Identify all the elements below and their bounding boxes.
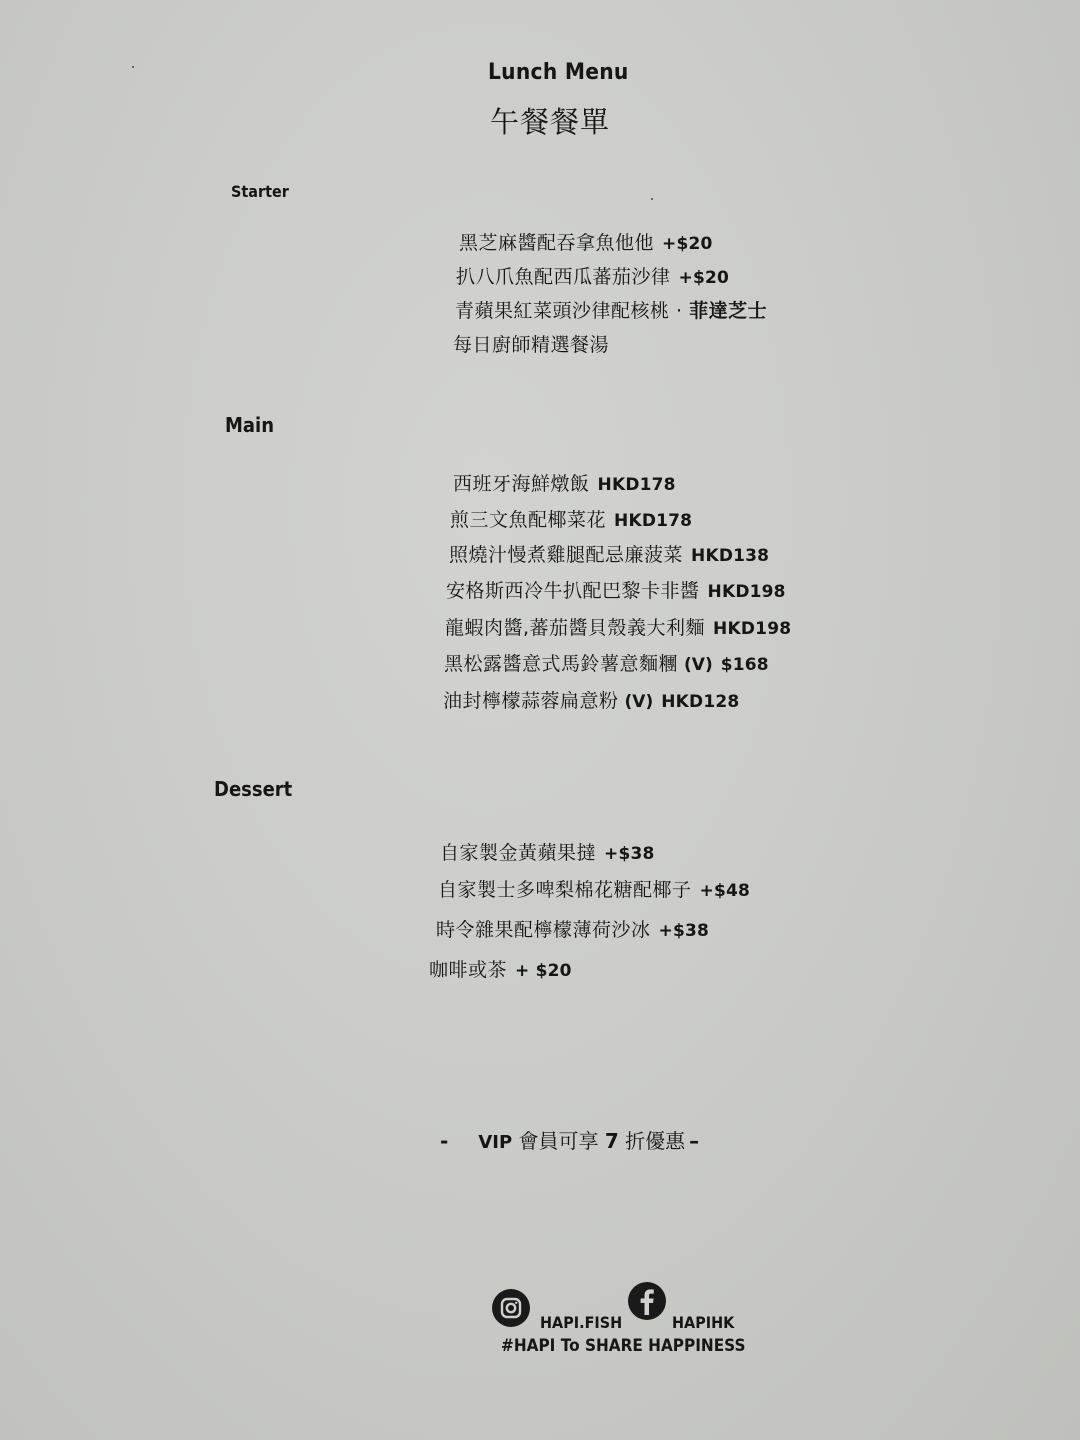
menu-item: 青蘋果紅菜頭沙律配核桃 · 菲達芝士 — [455, 299, 767, 323]
item-price: HKD198 — [708, 582, 786, 602]
vegetarian-tag: (V) — [625, 692, 654, 712]
item-name: 扒八爪魚配西瓜蕃茄沙律 — [456, 266, 671, 288]
vip-discount-note: -VIP 會員可享 7 折優惠– — [440, 1125, 699, 1154]
item-name: 時令雜果配檸檬薄荷沙冰 — [436, 919, 651, 941]
item-name: 黑芝麻醬配吞拿魚他他 — [459, 232, 654, 254]
instagram-handle: HAPI.FISH — [540, 1313, 622, 1332]
paper-speck — [132, 66, 134, 68]
item-name-suffix: 菲達芝士 — [689, 300, 767, 322]
item-price: HKD138 — [691, 546, 769, 566]
item-name: 龍蝦肉醬,蕃茄醬貝殼義大利麵 — [445, 617, 705, 639]
menu-item: 每日廚師精選餐湯 — [453, 333, 609, 357]
item-name: 油封檸檬蒜蓉扁意粉 — [443, 690, 619, 712]
menu-item: 油封檸檬蒜蓉扁意粉(V)HKD128 — [443, 689, 739, 714]
item-name: 西班牙海鮮燉飯 — [453, 473, 590, 495]
item-price: HKD128 — [661, 692, 739, 712]
instagram-icon — [492, 1289, 530, 1327]
vegetarian-tag: (V) — [684, 655, 713, 675]
facebook-handle: HAPIHK — [672, 1313, 734, 1332]
item-name: 安格斯西冷牛扒配巴黎卡非醬 — [446, 580, 700, 602]
facebook-icon — [628, 1282, 666, 1320]
menu-item: 自家製士多啤梨棉花糖配椰子+$48 — [438, 878, 750, 903]
menu-item: 自家製金黃蘋果撻+$38 — [440, 841, 655, 866]
menu-item: 西班牙海鮮燉飯HKD178 — [453, 472, 676, 497]
item-name: 煎三文魚配椰菜花 — [450, 509, 606, 531]
vip-text-b: 折優惠 — [619, 1129, 685, 1153]
item-name: 青蘋果紅菜頭沙律配核桃 · — [455, 300, 689, 322]
vip-label: VIP — [478, 1132, 512, 1153]
dash-right: – — [689, 1129, 699, 1153]
item-price: $168 — [721, 655, 769, 675]
menu-item: 咖啡或茶+ $20 — [429, 958, 572, 983]
menu-item: 黑松露醬意式馬鈴薯意麵糰(V)$168 — [444, 652, 769, 677]
section-heading-main: Main — [225, 413, 274, 437]
vip-text-a: 會員可享 — [512, 1129, 605, 1153]
item-price: HKD178 — [598, 475, 676, 495]
item-price: +$38 — [604, 844, 655, 864]
menu-item: 煎三文魚配椰菜花HKD178 — [450, 508, 692, 533]
item-price: +$48 — [700, 881, 751, 901]
item-price: + $20 — [515, 961, 572, 981]
item-name: 每日廚師精選餐湯 — [453, 334, 609, 356]
item-price: HKD178 — [614, 511, 692, 531]
item-price: +$20 — [679, 268, 730, 288]
menu-item: 龍蝦肉醬,蕃茄醬貝殼義大利麵HKD198 — [445, 616, 791, 641]
item-name: 咖啡或茶 — [429, 959, 507, 981]
menu-item: 照燒汁慢煮雞腿配忌廉菠菜HKD138 — [449, 543, 769, 568]
menu-item: 黑芝麻醬配吞拿魚他他+$20 — [459, 231, 713, 256]
dash-left: - — [440, 1129, 448, 1153]
menu-title-zh: 午餐餐單 — [490, 100, 610, 141]
item-name: 自家製士多啤梨棉花糖配椰子 — [438, 879, 692, 901]
discount-number: 7 — [605, 1129, 619, 1153]
menu-title-en: Lunch Menu — [488, 60, 629, 85]
paper-speck — [651, 198, 653, 200]
section-heading-dessert: Dessert — [214, 777, 292, 801]
menu-item: 時令雜果配檸檬薄荷沙冰+$38 — [436, 918, 709, 943]
hashtag-slogan: #HAPI To SHARE HAPPINESS — [501, 1336, 746, 1356]
item-name: 照燒汁慢煮雞腿配忌廉菠菜 — [449, 544, 683, 566]
menu-item: 扒八爪魚配西瓜蕃茄沙律+$20 — [456, 265, 729, 290]
item-price: +$20 — [662, 234, 713, 254]
menu-item: 安格斯西冷牛扒配巴黎卡非醬HKD198 — [446, 579, 786, 604]
item-price: +$38 — [659, 921, 710, 941]
item-price: HKD198 — [713, 619, 791, 639]
item-name: 黑松露醬意式馬鈴薯意麵糰 — [444, 653, 678, 675]
section-heading-starter: Starter — [231, 182, 289, 201]
item-name: 自家製金黃蘋果撻 — [440, 842, 596, 864]
